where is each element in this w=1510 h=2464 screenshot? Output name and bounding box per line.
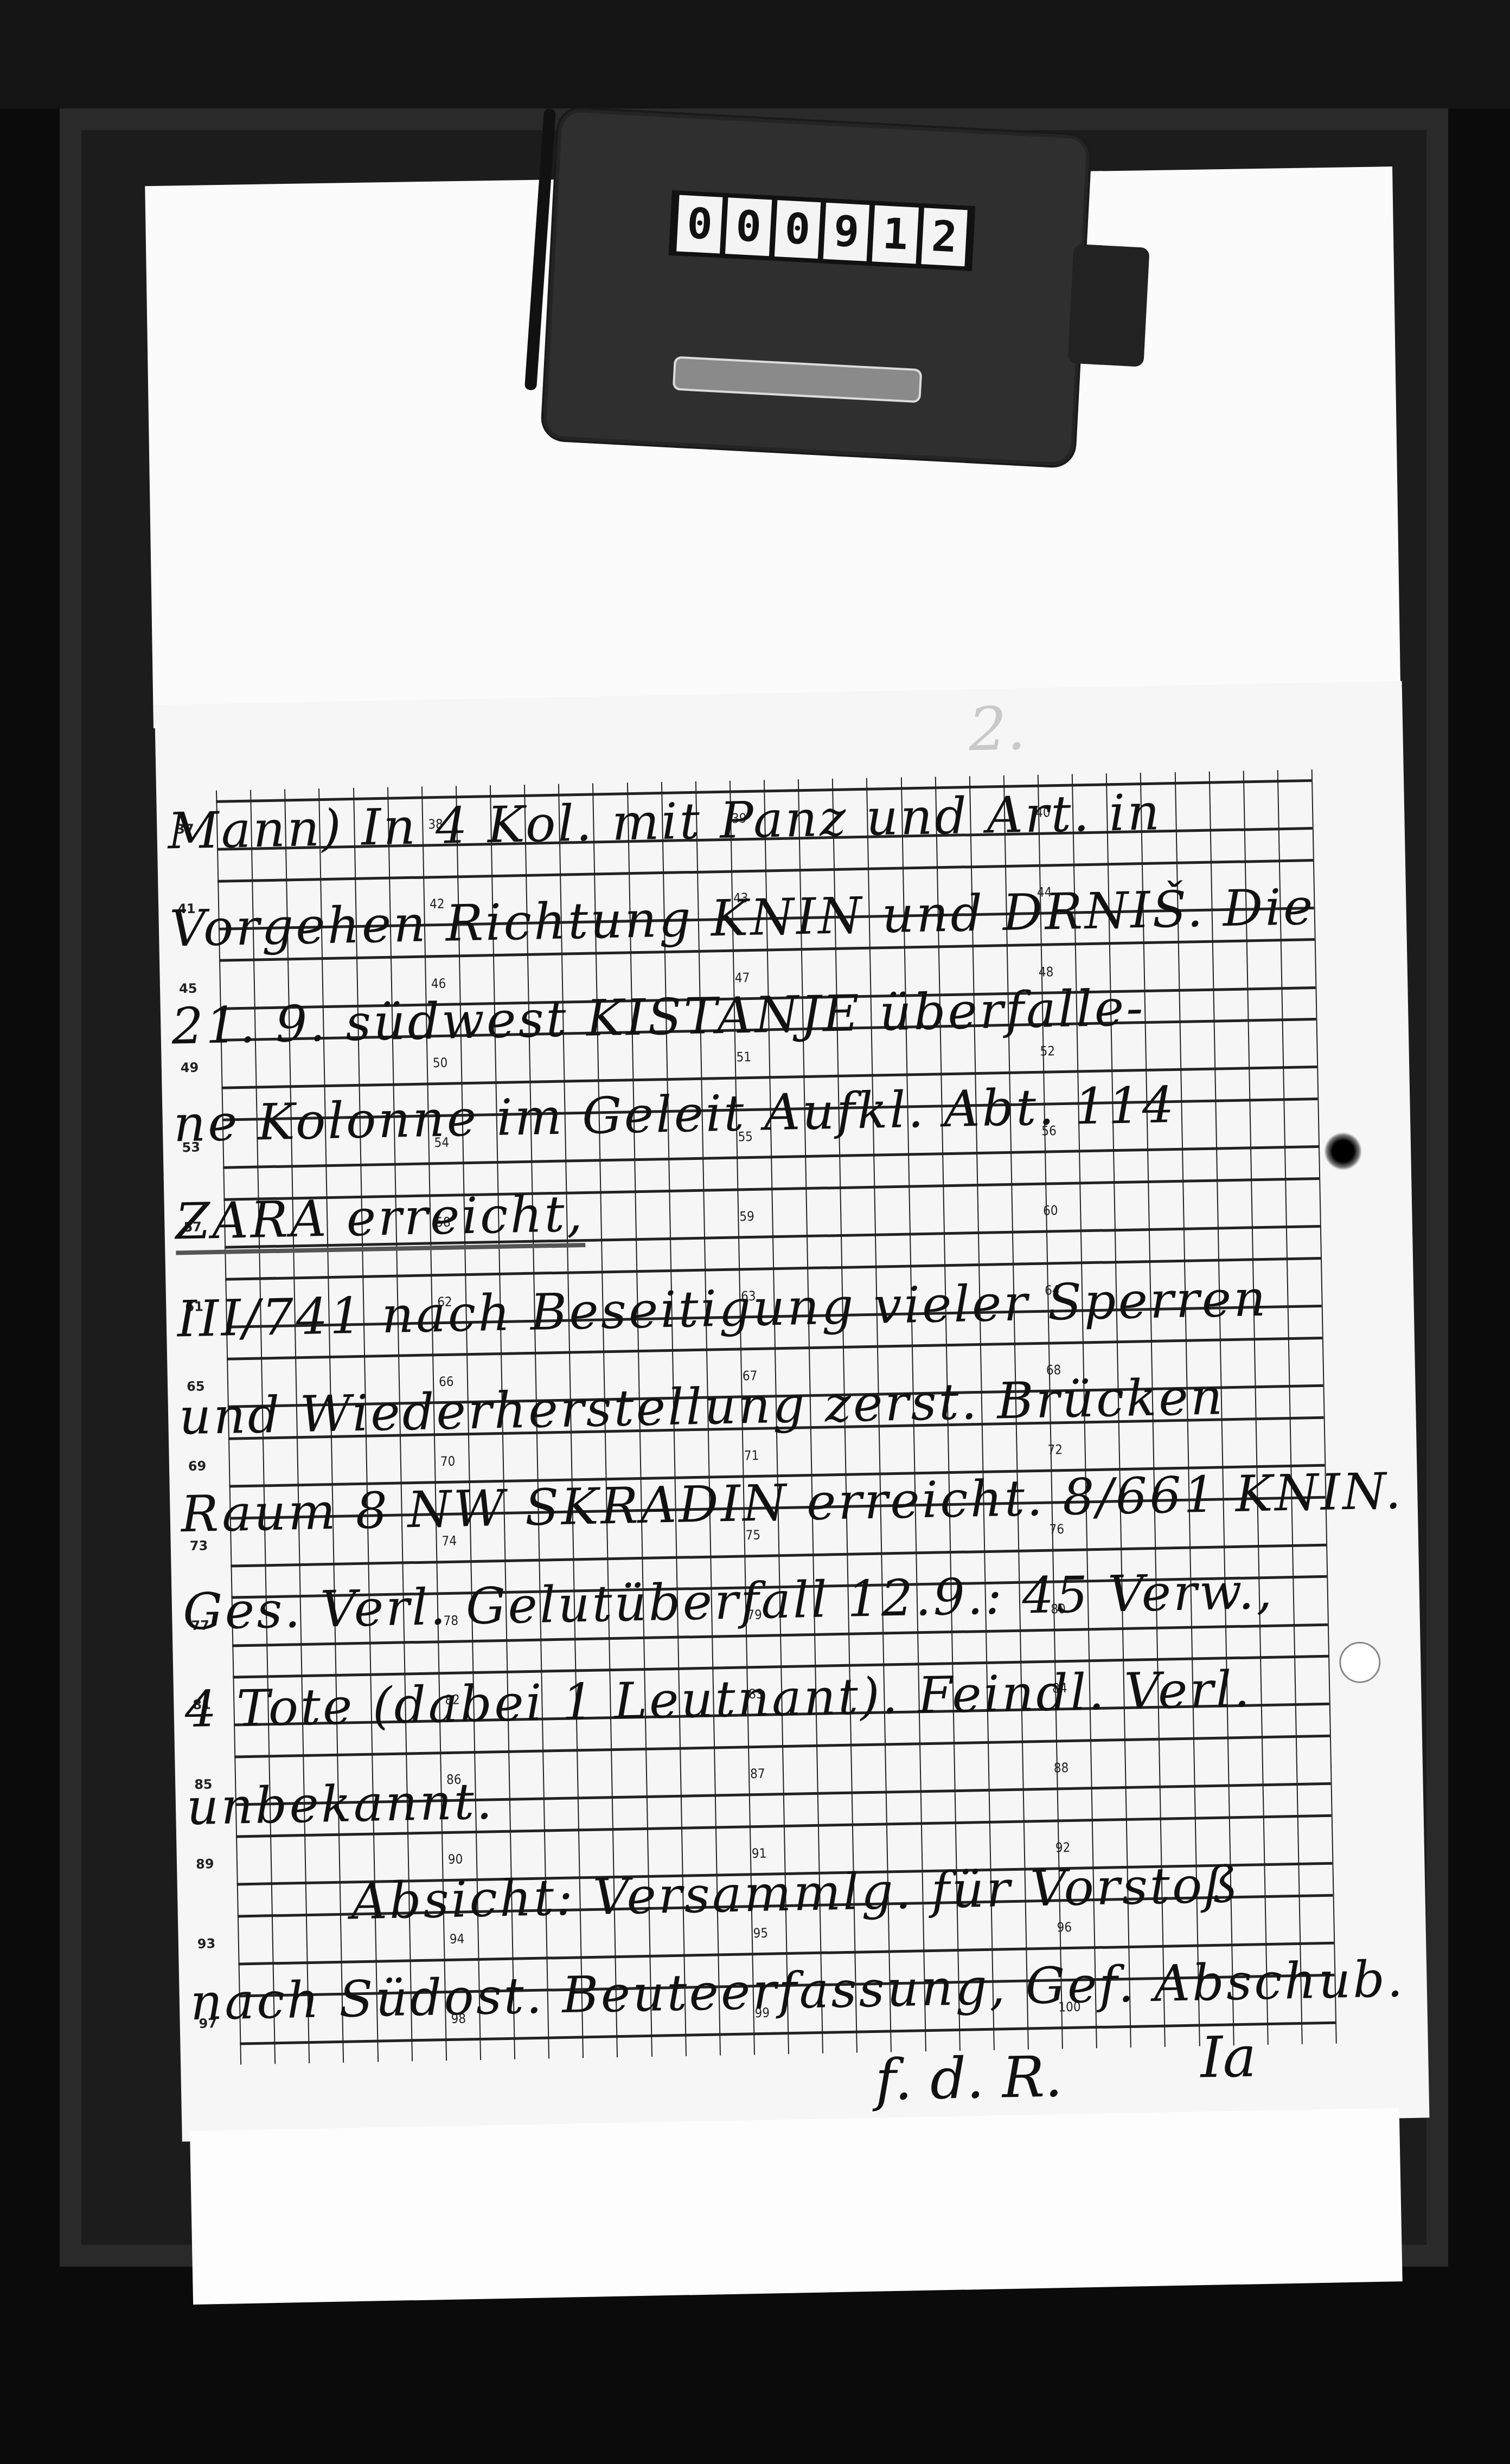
grid-paper-sheet: 2. 3738394041424344454647484950515253545… [155, 681, 1429, 2142]
paper-lower-strip [190, 2108, 1403, 2305]
cell-number: 46 [431, 976, 446, 991]
cell-number: 72 [1047, 1442, 1063, 1458]
row-number: 93 [197, 1936, 216, 1952]
row-number: 45 [179, 980, 197, 996]
row-number: 69 [188, 1458, 207, 1474]
cell-number: 47 [735, 970, 750, 986]
cell-number: 50 [433, 1055, 448, 1071]
counter-digit: 9 [823, 203, 870, 261]
signature-fdr: f. d. R. [875, 2043, 1063, 2113]
cell-number: 51 [736, 1049, 751, 1065]
cell-number: 95 [753, 1926, 768, 1941]
cell-number: 48 [1038, 964, 1053, 980]
grid-vline [1243, 771, 1268, 2045]
cell-number: 52 [1040, 1044, 1055, 1060]
signature-dept: Ia [1200, 2023, 1257, 2090]
cell-number: 90 [448, 1852, 463, 1868]
cell-number: 59 [739, 1209, 754, 1224]
film-border-top [0, 0, 1510, 108]
counter-digit: 0 [676, 195, 723, 254]
frame-counter: 0 0 0 9 1 2 [542, 108, 1091, 466]
cell-number: 94 [450, 1932, 465, 1947]
counter-knob [1067, 244, 1149, 367]
grid-vline [1311, 769, 1337, 2044]
row-number: 49 [181, 1060, 199, 1076]
counter-window: 0 0 0 9 1 2 [669, 190, 976, 271]
text-line: unbekannt. [186, 1772, 495, 1836]
cell-number: 70 [440, 1453, 456, 1469]
cell-number: 60 [1043, 1203, 1058, 1218]
cell-number: 87 [750, 1766, 765, 1782]
punch-hole-icon [1339, 1641, 1381, 1683]
cell-number: 91 [752, 1846, 767, 1862]
counter-nameplate [673, 356, 923, 403]
row-number: 89 [196, 1856, 214, 1872]
grid-vline [1277, 770, 1303, 2044]
cell-number: 92 [1055, 1840, 1070, 1856]
cell-number: 88 [1054, 1760, 1069, 1776]
cell-number: 96 [1057, 1920, 1072, 1935]
cell-number: 71 [744, 1448, 759, 1464]
counter-digit: 2 [921, 208, 968, 266]
text-line: ZARA erreicht, [175, 1185, 585, 1255]
counter-digit: 0 [775, 200, 821, 259]
counter-digit: 1 [872, 205, 919, 264]
punch-hole-icon [1324, 1132, 1362, 1170]
faint-pencil-mark: 2. [968, 694, 1026, 764]
counter-digit: 0 [725, 197, 772, 256]
